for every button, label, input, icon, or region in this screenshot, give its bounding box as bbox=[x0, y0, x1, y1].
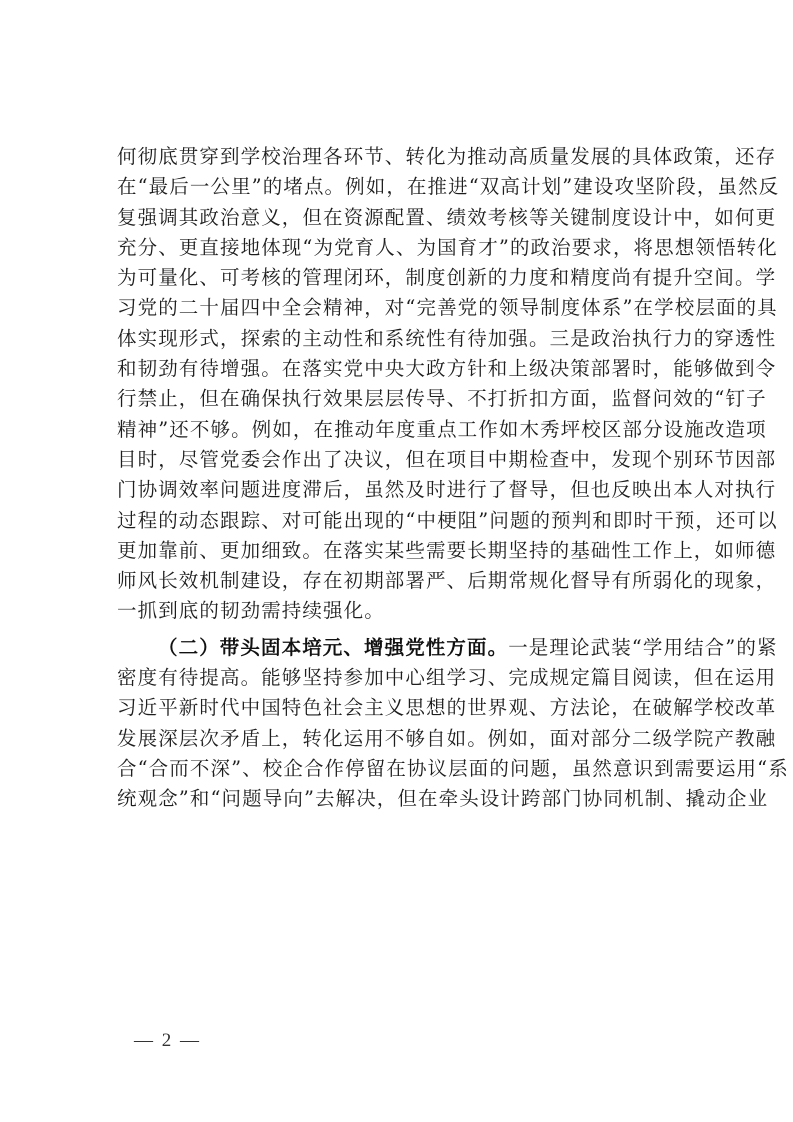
text-line: 为可量化、可考核的管理闭环，制度创新的力度和精度尚有提升空间。学 bbox=[117, 263, 695, 293]
section-heading: （二）带头固本培元、增强党性方面。 bbox=[158, 636, 508, 659]
text-line: 习近平新时代中国特色社会主义思想的世界观、方法论，在破解学校改革 bbox=[117, 693, 695, 723]
heading-line-rest: 一是理论武装“学用结合”的紧 bbox=[508, 636, 777, 659]
text-line: 合“合而不深”、校企合作停留在协议层面的问题，虽然意识到需要运用“系 bbox=[117, 754, 695, 784]
body-text: 何彻底贯穿到学校治理各环节、转化为推动高质量发展的具体政策，还存 在“最后一公里… bbox=[117, 142, 695, 815]
text-line: 门协调效率问题进度滞后，虽然及时进行了督导，但也反映出本人对执行 bbox=[117, 475, 695, 505]
document-page: 何彻底贯穿到学校治理各环节、转化为推动高质量发展的具体政策，还存 在“最后一公里… bbox=[0, 0, 793, 1122]
text-line: 行禁止，但在确保执行效果层层传导、不打折扣方面，监督问效的“钉子 bbox=[117, 384, 695, 414]
page-number: — 2 — bbox=[134, 1030, 201, 1052]
text-line: 密度有待提高。能够坚持参加中心组学习、完成规定篇目阅读，但在运用 bbox=[117, 663, 695, 693]
text-line: 一抓到底的韧劲需持续强化。 bbox=[117, 596, 695, 626]
text-line: 师风长效机制建设，存在初期部署严、后期常规化督导有所弱化的现象， bbox=[117, 566, 695, 596]
text-line: 习党的二十届四中全会精神，对“完善党的领导制度体系”在学校层面的具 bbox=[117, 293, 695, 323]
text-line: 体实现形式，探索的主动性和系统性有待加强。三是政治执行力的穿透性 bbox=[117, 324, 695, 354]
text-line-first: （二）带头固本培元、增强党性方面。一是理论武装“学用结合”的紧 bbox=[117, 633, 695, 663]
text-line: 和韧劲有待增强。在落实党中央大政方针和上级决策部署时，能够做到令 bbox=[117, 354, 695, 384]
text-line: 在“最后一公里”的堵点。例如，在推进“双高计划”建设攻坚阶段，虽然反 bbox=[117, 172, 695, 202]
text-line: 精神”还不够。例如，在推动年度重点工作如木秀坪校区部分设施改造项 bbox=[117, 415, 695, 445]
paragraph-1: 何彻底贯穿到学校治理各环节、转化为推动高质量发展的具体政策，还存 在“最后一公里… bbox=[117, 142, 695, 627]
text-line: 充分、更直接地体现“为党育人、为国育才”的政治要求，将思想领悟转化 bbox=[117, 233, 695, 263]
text-line: 发展深层次矛盾上，转化运用不够自如。例如，面对部分二级学院产教融 bbox=[117, 724, 695, 754]
text-line: 何彻底贯穿到学校治理各环节、转化为推动高质量发展的具体政策，还存 bbox=[117, 142, 695, 172]
text-line: 统观念”和“问题导向”去解决，但在牵头设计跨部门协同机制、撬动企业 bbox=[117, 784, 695, 814]
text-line: 复强调其政治意义，但在资源配置、绩效考核等关键制度设计中，如何更 bbox=[117, 203, 695, 233]
text-line: 过程的动态跟踪、对可能出现的“中梗阻”问题的预判和即时干预，还可以 bbox=[117, 506, 695, 536]
text-line: 目时，尽管党委会作出了决议，但在项目中期检查中，发现个别环节因部 bbox=[117, 445, 695, 475]
text-line: 更加靠前、更加细致。在落实某些需要长期坚持的基础性工作上，如师德 bbox=[117, 536, 695, 566]
paragraph-2: （二）带头固本培元、增强党性方面。一是理论武装“学用结合”的紧 密度有待提高。能… bbox=[117, 633, 695, 815]
